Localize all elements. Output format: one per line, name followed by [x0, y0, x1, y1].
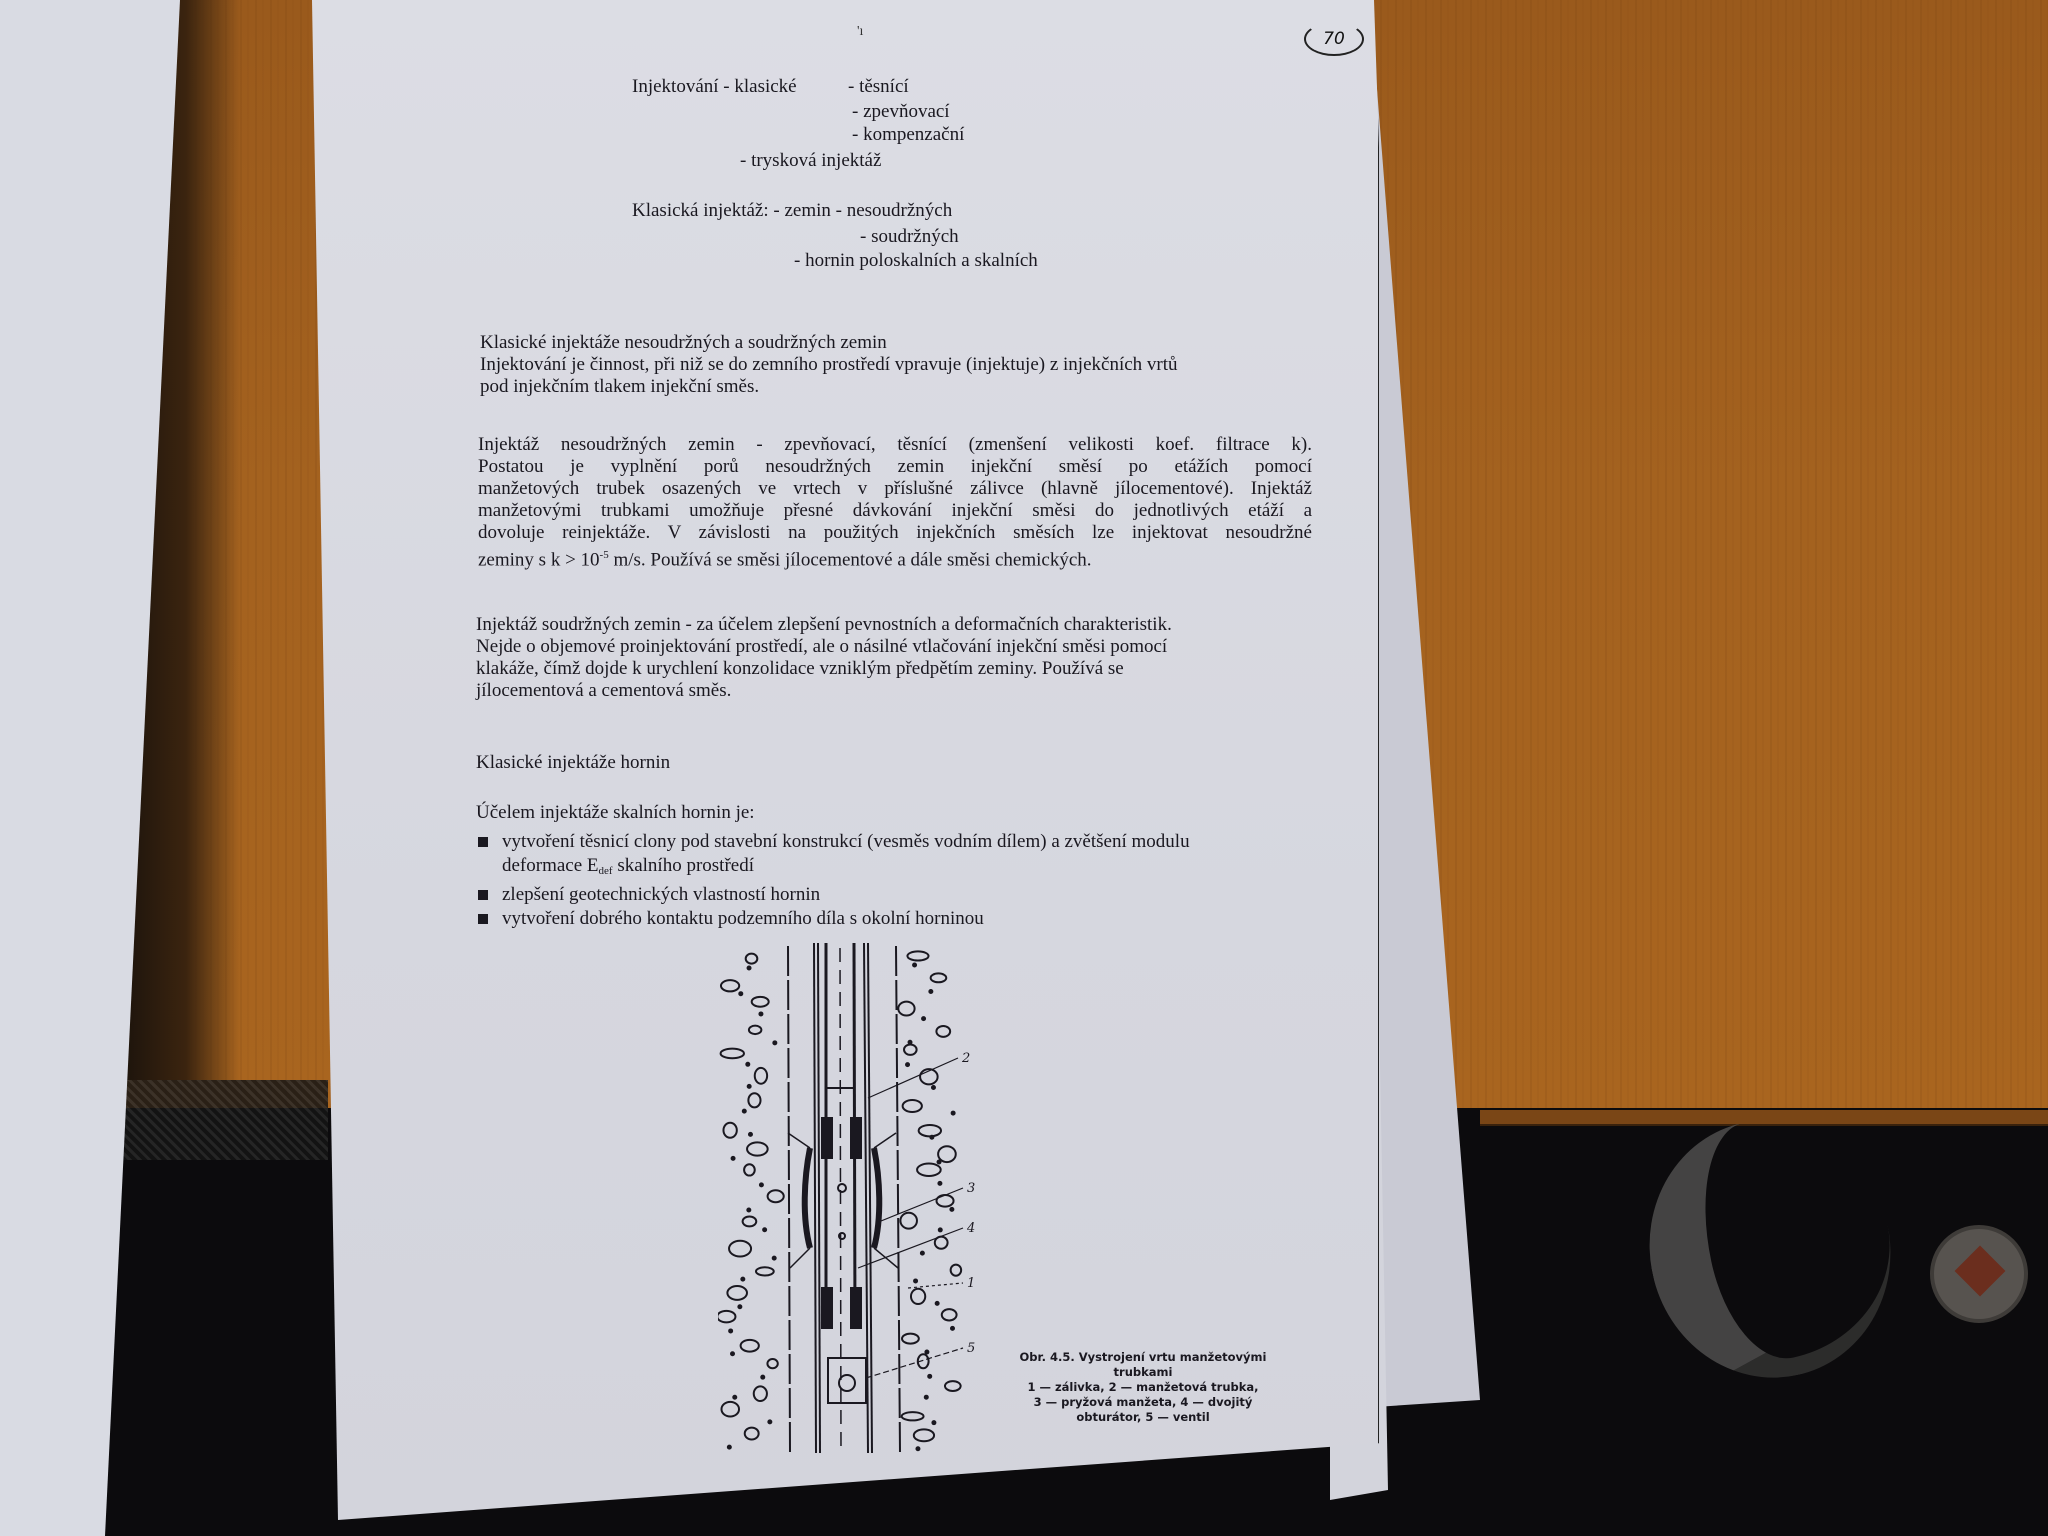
paragraph-line: Injektáž soudržných zemin - za účelem zl…	[476, 614, 1306, 636]
list-item-text: skalního prostředí	[613, 855, 754, 876]
list-item-text: vytvoření dobrého kontaktu podzemního dí…	[502, 908, 984, 929]
callout-label: 4	[966, 1221, 975, 1236]
paragraph-noncohesive-soils: Injektáž nesoudržných zemin - zpevňovací…	[478, 434, 1312, 571]
paragraph-line: Injektáž nesoudržných zemin - zpevňovací…	[478, 434, 1312, 456]
section-soil-grouting: Klasické injektáže nesoudržných a soudrž…	[480, 332, 1310, 398]
text-fragment: zeminy s k > 10	[478, 549, 600, 570]
square-bullet-icon	[478, 890, 488, 900]
outline-soudrznych: - soudržných	[860, 226, 959, 248]
rock-grouting-intro: Účelem injektáže skalních hornin je:	[476, 802, 755, 824]
subscript: def	[599, 865, 613, 877]
bottle-cap	[1930, 1225, 2028, 1323]
callout-label: 2	[961, 1051, 970, 1066]
caption-title: Obr. 4.5. Vystrojení vrtu manžetovými	[998, 1350, 1288, 1365]
outline-injektovani: Injektování - klasické	[632, 76, 797, 98]
callout-label: 5	[967, 1341, 975, 1356]
outline-kompenzacni: - kompenzační	[852, 124, 964, 146]
list-item-text: zlepšení geotechnických vlastností horni…	[502, 884, 820, 905]
list-item: zlepšení geotechnických vlastností horni…	[476, 883, 1326, 907]
figure-caption: Obr. 4.5. Vystrojení vrtu manžetovými tr…	[998, 1350, 1288, 1425]
paragraph-line: manžetových trubek osazených ve vrtech v…	[478, 478, 1312, 500]
paragraph-line: Postatou je vyplnění porů nesoudržných z…	[478, 456, 1312, 478]
handwritten-page-number: 70	[1304, 22, 1364, 56]
caption-legend: 3 — pryžová manžeta, 4 — dvojitý	[998, 1395, 1288, 1410]
exponent: -5	[600, 549, 609, 561]
square-bullet-icon	[478, 837, 488, 847]
callout-label: 3	[967, 1181, 975, 1196]
paragraph-line: Injektování je činnost, při niž se do ze…	[480, 354, 1310, 376]
caption-legend: 1 — zálivka, 2 — manžetová trubka,	[998, 1380, 1288, 1395]
mesh-chair-back	[118, 1080, 328, 1160]
section-heading-rock-grouting: Klasické injektáže hornin	[476, 752, 670, 774]
paragraph-line: manžetovými trubkami umožňuje přesné dáv…	[478, 500, 1312, 522]
outline-tesnici: - těsnící	[848, 76, 909, 98]
outline-klasicka-injektaz: Klasická injektáž: - zemin - nesoudržnýc…	[632, 200, 952, 222]
page-content: 'ı 70 Injektování - klasické - těsnící -…	[308, 0, 1408, 1520]
list-item: vytvoření těsnicí clony pod stavební kon…	[476, 830, 1326, 883]
paragraph-line: dovoluje reinjektáže. V závislosti na po…	[478, 522, 1312, 544]
list-item: vytvoření dobrého kontaktu podzemního dí…	[476, 907, 1326, 931]
callout-label: 1	[967, 1276, 975, 1291]
purpose-list: vytvoření těsnicí clony pod stavební kon…	[476, 830, 1326, 931]
paragraph-line: Nejde o objemové proinjektování prostřed…	[476, 636, 1306, 658]
list-item-text: vytvoření těsnicí clony pod stavební kon…	[502, 831, 1190, 852]
paragraph-line: jílocementová a cementová směs.	[476, 680, 1306, 702]
paragraph-line: klakáže, čímž dojde k urychlení konzolid…	[476, 658, 1306, 680]
paragraph-line-last: zeminy s k > 10-5 m/s. Používá se směsi …	[478, 544, 1312, 571]
paragraph-cohesive-soils: Injektáž soudržných zemin - za účelem zl…	[476, 614, 1306, 702]
outline-zpevnovaci: - zpevňovací	[852, 101, 950, 123]
section-heading: Klasické injektáže nesoudržných a soudrž…	[480, 332, 1310, 354]
top-mark: 'ı	[857, 24, 863, 40]
text-fragment: m/s. Používá se směsi jílocementové a dá…	[609, 549, 1092, 570]
outline-hornin: - hornin poloskalních a skalních	[794, 250, 1038, 272]
list-item-text: deformace E	[502, 855, 599, 876]
square-bullet-icon	[478, 914, 488, 924]
caption-title-cont: trubkami	[998, 1365, 1288, 1380]
caption-legend: obturátor, 5 — ventil	[998, 1410, 1288, 1425]
paragraph-line: pod injekčním tlakem injekční směs.	[480, 376, 1310, 398]
borehole-sleeve-pipe-diagram: 2 3 4 1 5	[718, 938, 1018, 1458]
outline-tryskova: - trysková injektáž	[740, 150, 881, 172]
